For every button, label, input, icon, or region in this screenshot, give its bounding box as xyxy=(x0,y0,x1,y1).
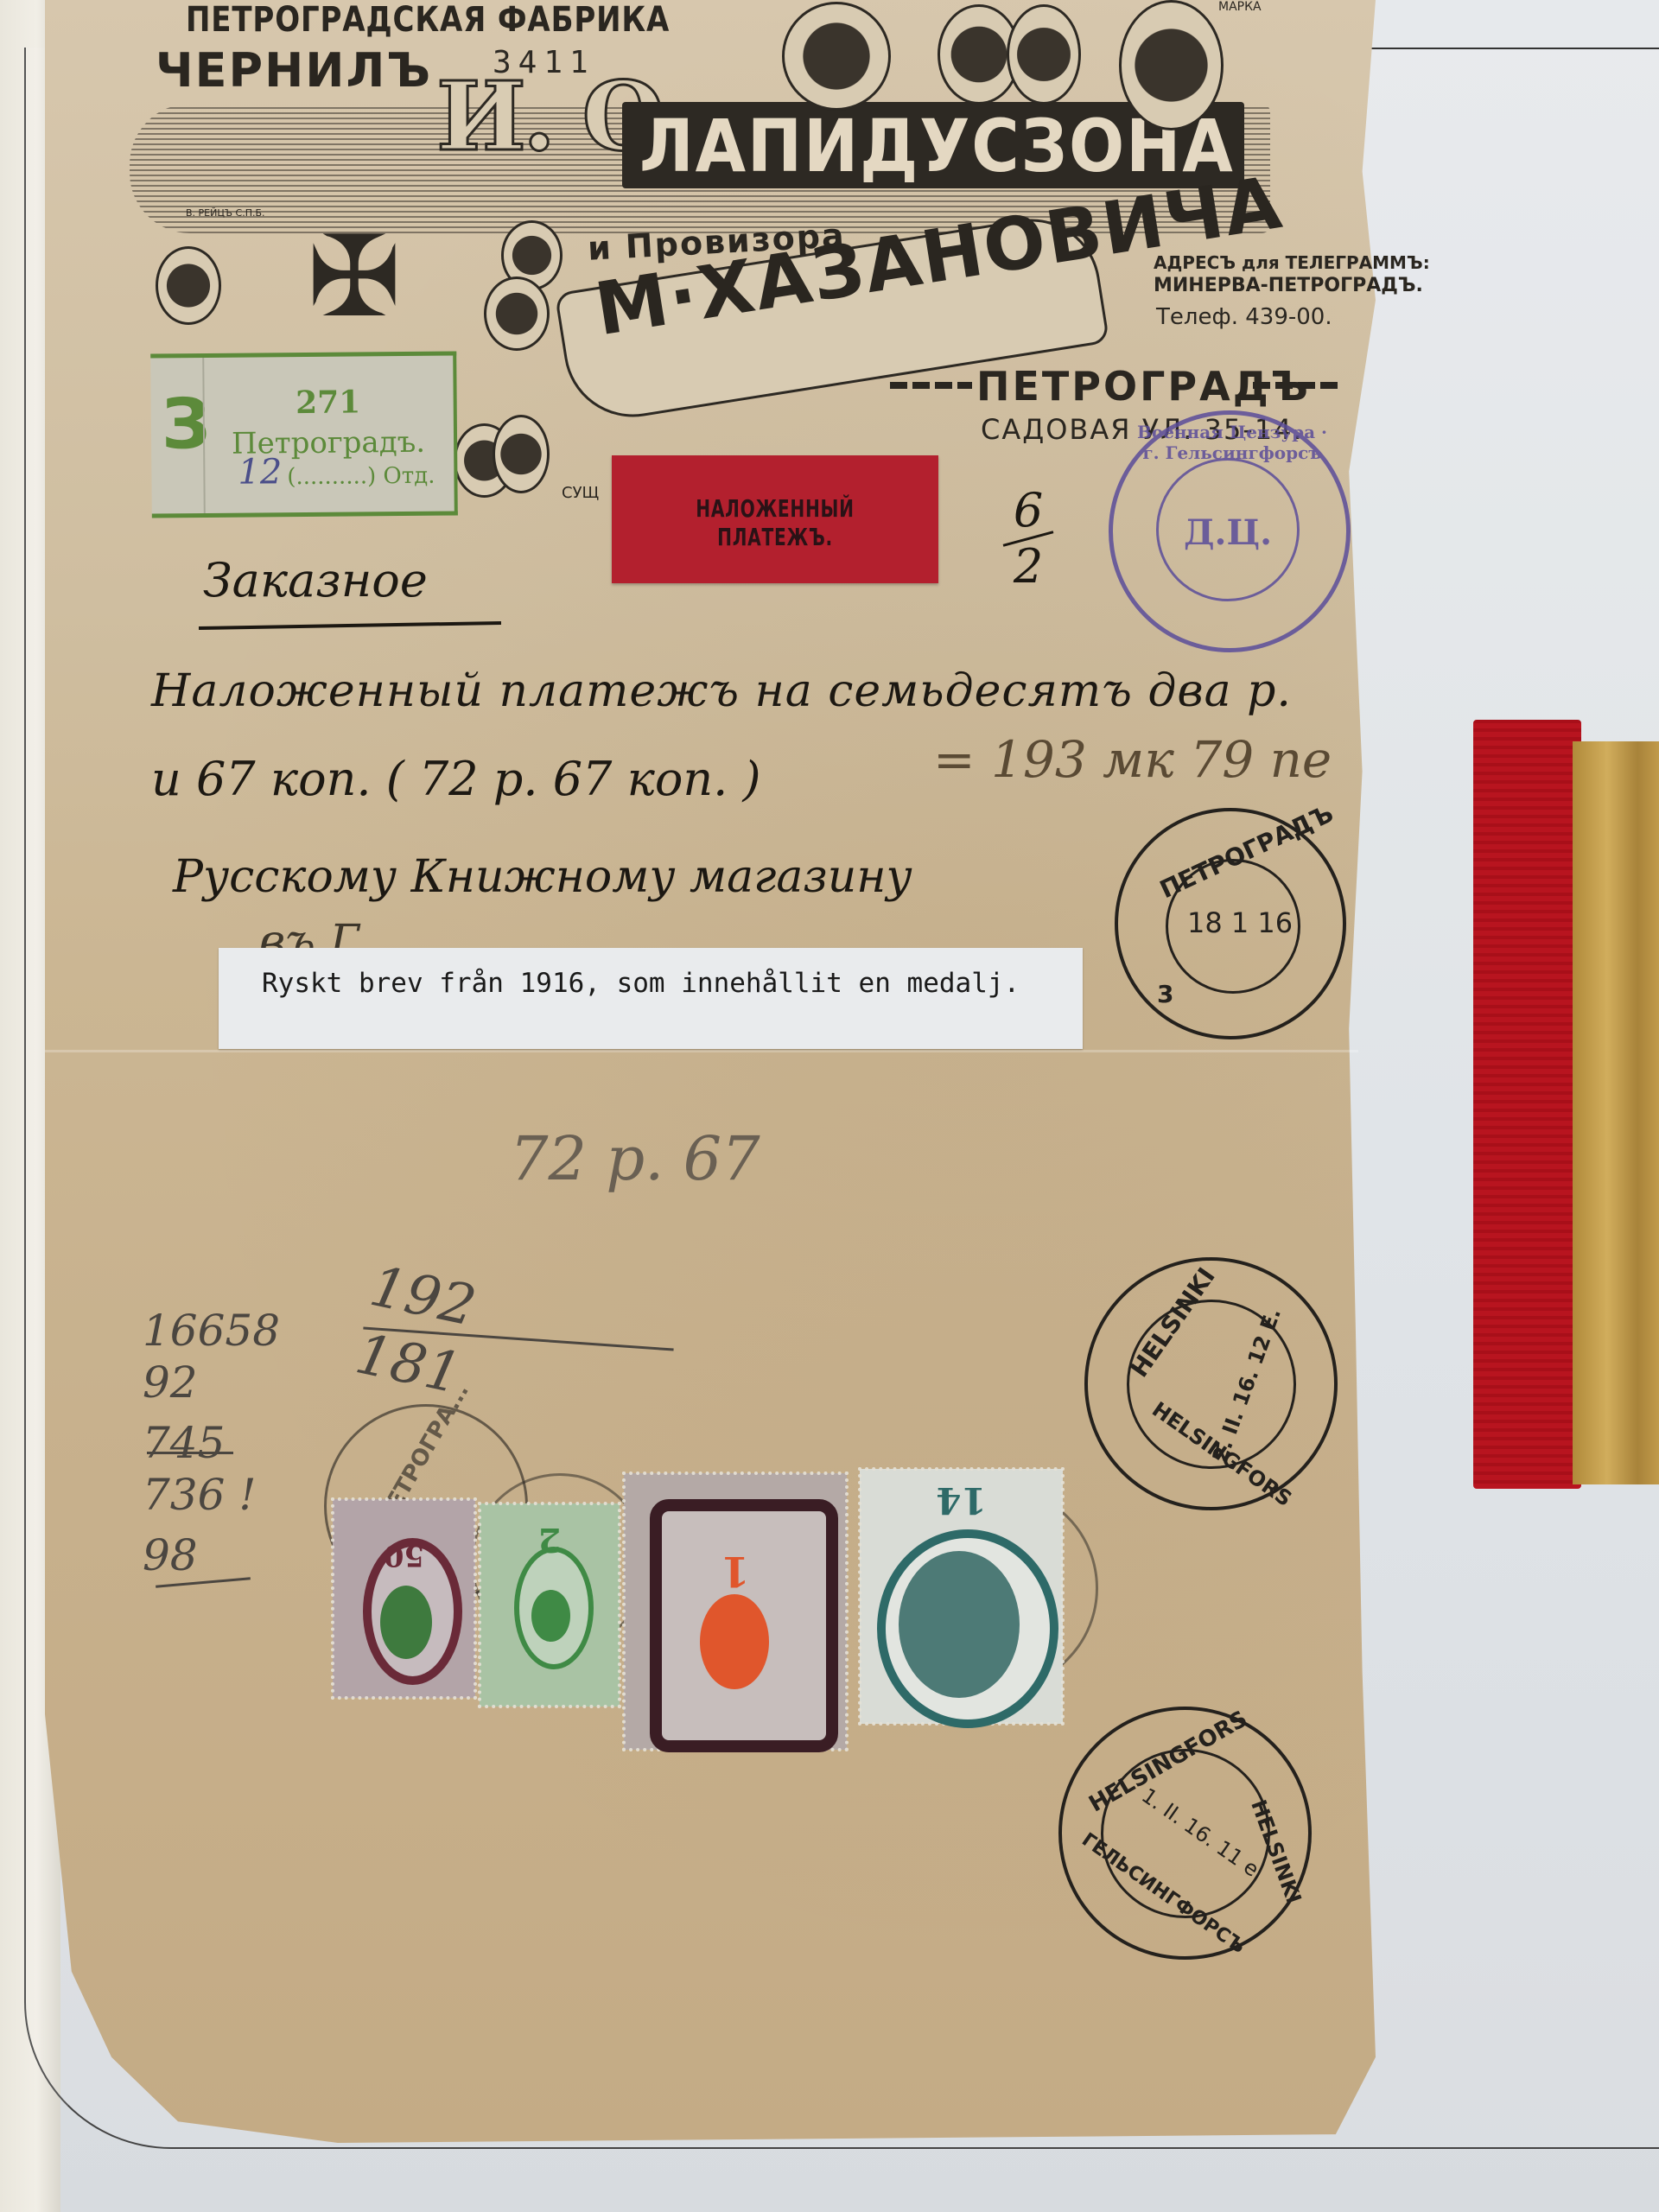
exhibition-medal-icon xyxy=(493,415,550,493)
medal-ribbon-gold xyxy=(1573,741,1659,1484)
pencil-line: 92 xyxy=(143,1357,280,1408)
postmark-suffix: 3 xyxy=(1157,980,1173,1008)
caption-text: Ryskt brev från 1916, som innehållit en … xyxy=(262,967,1057,1000)
handwritten-recipient: Русскому Книжному магазину xyxy=(173,851,912,903)
letterhead-number: 3411 xyxy=(493,45,595,80)
registration-label: З 271 Петроградъ. (..........) Отд. 12 xyxy=(150,351,458,518)
stamp-center xyxy=(380,1586,432,1659)
letterhead-partial-word: СУЩ xyxy=(562,484,599,502)
registration-department-handwritten: 12 xyxy=(238,452,282,492)
telegram-address: МИНЕРВА-ПЕТРОГРАДЪ. xyxy=(1154,275,1423,296)
helsingfors-postmark: HELSINGFORS HELSINKI ГЕЛЬСИНГФОРСЪ 1. II… xyxy=(1058,1707,1312,1960)
fold-line xyxy=(45,1050,1358,1052)
handwritten-cod-amount-figures: и 67 коп. ( 72 р. 67 коп. ) xyxy=(151,752,761,806)
postmark-date: 18 1 16 xyxy=(1187,906,1293,939)
stamp-50-kop: 50 xyxy=(333,1499,475,1698)
lion-medal-icon xyxy=(782,2,891,111)
mark-label: МАРКА xyxy=(1218,0,1262,14)
stamp-value: 1 xyxy=(624,1547,847,1595)
pencil-line: 98 xyxy=(143,1529,280,1581)
caption-label: Ryskt brev från 1916, som innehållit en … xyxy=(219,948,1083,1049)
pencil-spacer xyxy=(143,1408,280,1417)
pencil-calculation: 16658 92 745 736 ! 98 xyxy=(143,1305,280,1581)
pencil-line: 736 ! xyxy=(143,1469,280,1521)
cod-label-text: НАЛОЖЕННЫЙ ПЛАТЕЖЪ. xyxy=(658,494,893,551)
stamp-2-kop: 2 xyxy=(480,1503,620,1707)
pencil-line: 16658 xyxy=(143,1305,280,1357)
engraver-mark: В. РЕЙЦЪ С.П.Б. xyxy=(186,207,265,219)
registration-department: (..........) Отд. xyxy=(281,463,445,491)
fraction-bottom: 2 xyxy=(1002,540,1054,594)
censor-ring-text: Военная Цензура · г. Гельсингфорсъ xyxy=(1128,422,1336,463)
letterhead-owner-name: ЛАПИДУСЗОНА xyxy=(639,104,1184,188)
registration-number: 271 xyxy=(211,384,444,422)
owl-trademark-icon xyxy=(1119,0,1224,130)
letterhead-factory: ПЕТРОГРАДСКАЯ ФАБРИКА xyxy=(186,0,670,40)
pencil-line: 745 xyxy=(143,1417,280,1469)
sleeve-edge xyxy=(1365,48,1659,49)
medal-ribbon-red xyxy=(1473,720,1581,1489)
stamp-1-rub: 1 xyxy=(624,1473,847,1750)
stamp-value: 50 xyxy=(333,1538,475,1573)
censor-inner-ring: Д.Ц. xyxy=(1156,458,1300,601)
stamp-center xyxy=(531,1590,570,1642)
city-rule-left xyxy=(890,382,972,389)
handwritten-registered: Заказное xyxy=(203,553,428,607)
pencil-amount: 72 р. 67 xyxy=(510,1123,760,1194)
exhibition-medal-icon xyxy=(156,246,221,325)
censor-center-text: Д.Ц. xyxy=(1159,512,1297,553)
censor-stamp: Д.Ц. Военная Цензура · г. Гельсингфорсъ xyxy=(1109,410,1351,652)
stamp-14-kop: 14 xyxy=(860,1469,1063,1724)
stamp-value: 14 xyxy=(860,1479,1063,1522)
exhibition-medal-icon xyxy=(484,276,550,351)
fraction-top: 6 xyxy=(1002,484,1054,537)
letterhead-ink: ЧЕРНИЛЪ xyxy=(156,43,432,98)
stamp-center xyxy=(700,1594,769,1689)
telegram-label: АДРЕСЪ для ТЕЛЕГРАММЪ: xyxy=(1154,252,1430,273)
handwritten-cod-amount-words: Наложенный платежъ на семьдесятъ два р. xyxy=(151,665,1292,717)
allegory-medal-icon xyxy=(1007,4,1081,105)
city-rule-right xyxy=(1253,382,1339,389)
grand-prix-cross-icon: ✠ xyxy=(298,220,410,333)
handwritten-conversion: = 193 мк 79 пе xyxy=(933,730,1332,789)
pencil-spacer xyxy=(143,1521,280,1529)
stamp-value: 2 xyxy=(480,1521,620,1560)
phone-number: Телеф. 439-00. xyxy=(1156,304,1332,330)
handwritten-fraction: 6 2 xyxy=(1002,484,1054,594)
petrograd-postmark: ПЕТРОГРАДЪ 18 1 16 3 xyxy=(1115,808,1346,1039)
helsinki-postmark: HELSINKI HELSINGFORS 2. II. 16. 12 E. xyxy=(1084,1257,1338,1510)
pencil-rule xyxy=(147,1452,233,1454)
cod-label: НАЛОЖЕННЫЙ ПЛАТЕЖЪ. xyxy=(612,455,938,583)
stamp-portrait xyxy=(899,1551,1020,1698)
